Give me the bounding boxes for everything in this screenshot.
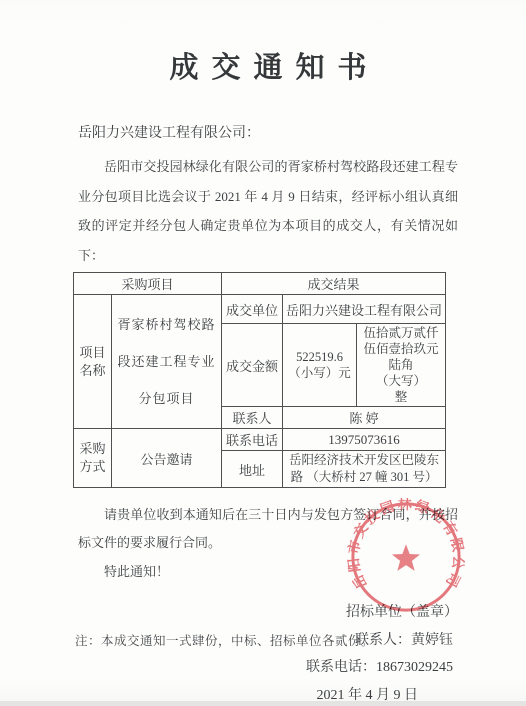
project-name-cell: 胥家桥村驾校路段还建工程专业分包项目 — [112, 295, 222, 429]
signature-seal-line: 招标单位（盖章） — [78, 599, 458, 627]
document-title: 成交通知书 — [78, 48, 458, 88]
address-label-cell: 地址 — [222, 451, 283, 488]
amount-words-line: （大写） — [359, 373, 443, 389]
amount-label-cell: 成交金额 — [222, 324, 283, 407]
paragraph-notice: 特此通知！ — [78, 559, 458, 585]
signature-block: 招标单位（盖章） 联系人：黄婷钰 联系电话：18673029245 2021 年… — [78, 599, 458, 706]
phone-cell: 13975073616 — [283, 429, 446, 451]
address-cell: 岳阳经济技术开发区巴陵东路 （大桥村 27 幢 301 号） — [283, 451, 446, 488]
contact-label-cell: 联系人 — [222, 407, 283, 429]
footnote: 注：本成交通知一式肆份，中标、招标单位各贰份。 — [75, 631, 374, 649]
procurement-method-label-cell: 采购方式 — [74, 429, 112, 488]
scan-edge — [0, 701, 526, 706]
paragraph-intro: 岳阳市交投园林绿化有限公司的胥家桥村驾校路段还建工程专业分包项目比选会议于 20… — [78, 152, 458, 270]
addressee-line: 岳阳力兴建设工程有限公司： — [78, 122, 458, 146]
document-body: 成交通知书 岳阳力兴建设工程有限公司： 岳阳市交投园林绿化有限公司的胥家桥村驾校… — [0, 48, 526, 706]
amount-words-line: 伍拾贰万贰仟伍佰壹拾玖元陆角 — [359, 325, 443, 373]
table-row: 采购方式 公告邀请 联系电话 13975073616 — [74, 429, 446, 451]
header-procurement-item: 采购项目 — [74, 273, 222, 295]
paragraph-instruction: 请贵单位收到本通知后在三十日内与发包方签订合同，并按招标文件的要求履行合同。 — [78, 501, 458, 557]
amount-numeric-cell: 522519.6（小写）元 — [283, 324, 357, 407]
contact-cell: 陈 婷 — [283, 407, 446, 429]
amount-words-cell: 伍拾贰万贰仟伍佰壹拾玖元陆角 （大写） 整 — [357, 324, 446, 407]
scanned-document-page: 成交通知书 岳阳力兴建设工程有限公司： 岳阳市交投园林绿化有限公司的胥家桥村驾校… — [0, 0, 526, 706]
signature-phone: 联系电话：18673029245 — [78, 654, 458, 682]
award-unit-label-cell: 成交单位 — [222, 295, 283, 324]
award-result-table: 采购项目 成交结果 项目名称 胥家桥村驾校路段还建工程专业分包项目 成交单位 岳… — [73, 272, 446, 488]
award-unit-cell: 岳阳力兴建设工程有限公司 — [283, 295, 446, 324]
table-row: 项目名称 胥家桥村驾校路段还建工程专业分包项目 成交单位 岳阳力兴建设工程有限公… — [74, 295, 446, 324]
header-award-result: 成交结果 — [222, 273, 446, 295]
table-header-row: 采购项目 成交结果 — [74, 273, 446, 295]
project-name-label-cell: 项目名称 — [74, 295, 112, 429]
amount-words-line: 整 — [359, 389, 443, 405]
procurement-method-cell: 公告邀请 — [112, 429, 222, 488]
phone-label-cell: 联系电话 — [222, 429, 283, 451]
